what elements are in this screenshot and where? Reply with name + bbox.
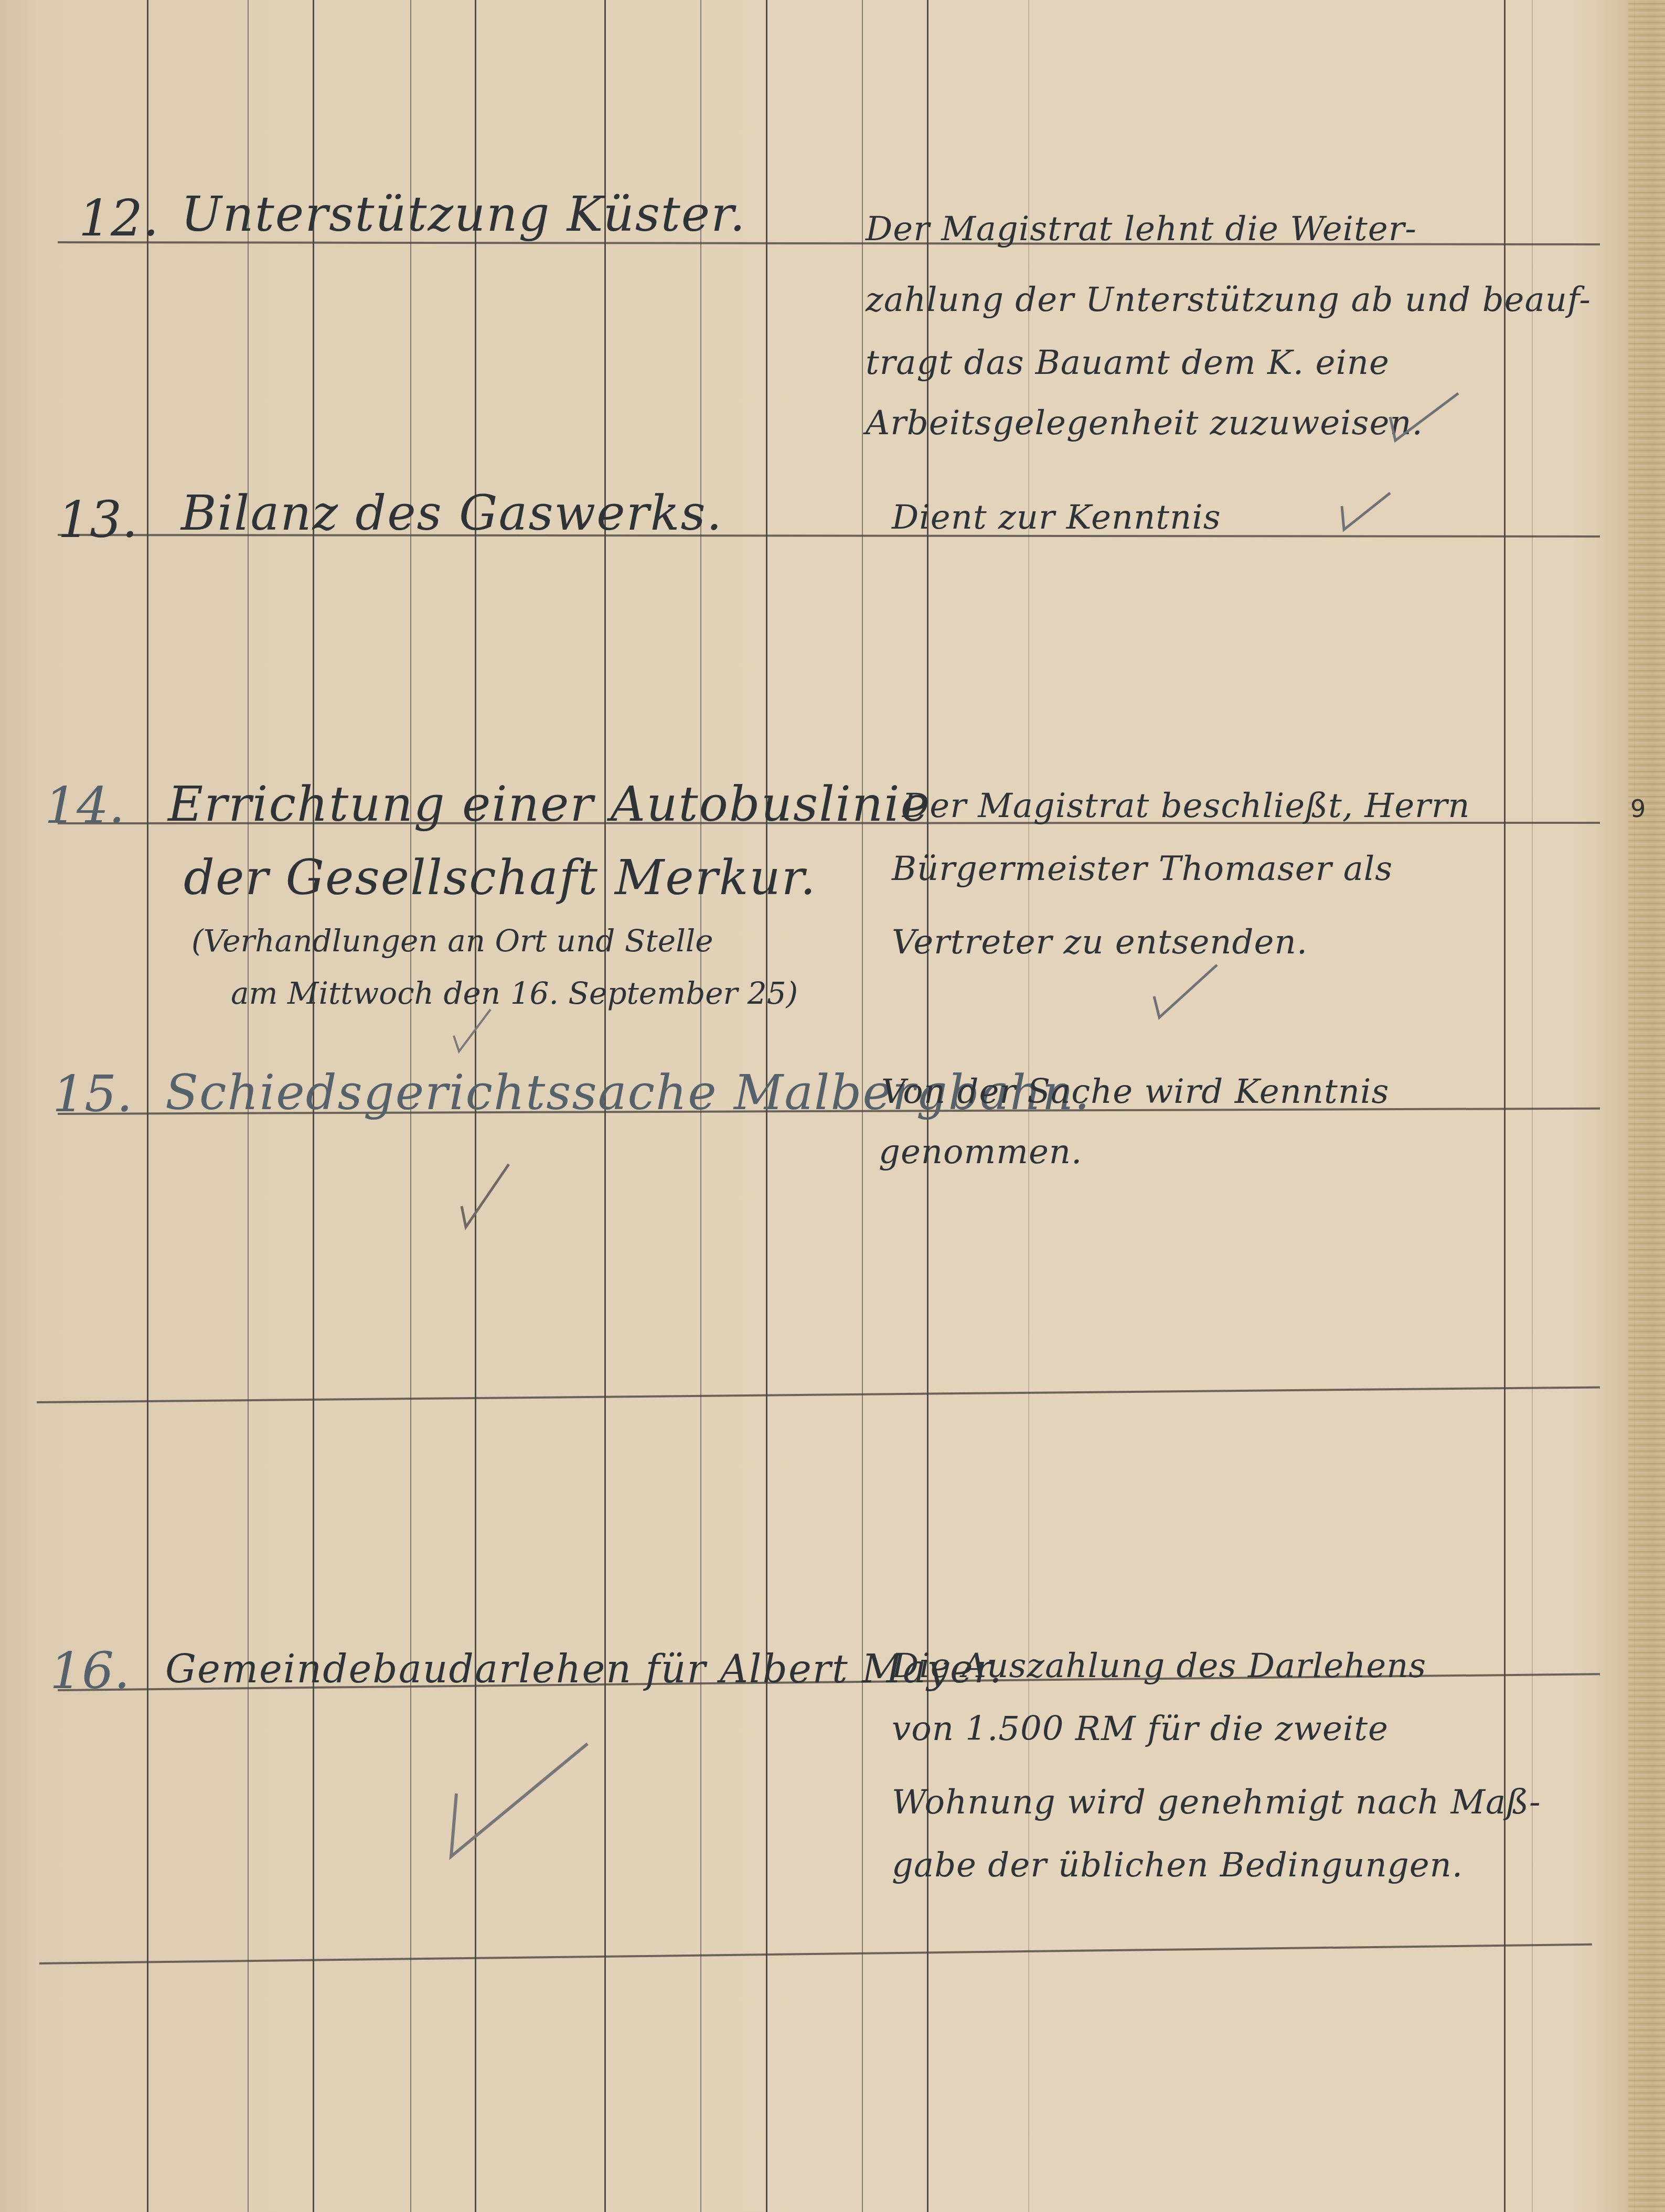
page-number: 9 — [1630, 794, 1646, 823]
checkmark-icon — [1385, 388, 1464, 446]
decision-line: Der Magistrat lehnt die Weiter- — [866, 210, 1417, 249]
decision-line: Von der Sache wird Kenntnis — [881, 1072, 1389, 1111]
row-rule — [39, 1943, 1592, 1964]
decision-line: Die Auszahlung des Darlehens — [892, 1647, 1426, 1685]
decision-line: Der Magistrat beschließt, Herrn — [902, 787, 1470, 825]
entry-subject: Bilanz des Gaswerks. — [181, 485, 723, 541]
entry-subject-line2: der Gesellschaft Merkur. — [184, 850, 817, 906]
book-gutter — [1628, 0, 1665, 2212]
decision-line: Arbeitsgelegenheit zuzuweisen. — [866, 404, 1423, 443]
entry-subject: Unterstützung Küster. — [181, 186, 746, 242]
checkmark-icon — [1338, 488, 1395, 535]
column-rule — [1532, 0, 1533, 2212]
entry-note-line: (Verhandlungen an Ort und Stelle — [191, 923, 713, 959]
checkmark-icon — [456, 1159, 514, 1232]
entry-number: 13. — [58, 490, 138, 549]
checkmark-icon — [451, 1007, 493, 1054]
checkmark-icon — [446, 1736, 593, 1872]
column-rule — [147, 0, 148, 2212]
column-rule — [1504, 0, 1506, 2212]
checkmark-icon — [1149, 960, 1222, 1023]
decision-line: tragt das Bauamt dem K. eine — [866, 343, 1390, 382]
decision-line: Bürgermeister Thomaser als — [892, 850, 1393, 888]
row-rule — [37, 1386, 1600, 1403]
decision-line: Dient zur Kenntnis — [892, 498, 1221, 537]
entry-number: 14. — [45, 776, 125, 835]
entry-number: 15. — [52, 1065, 133, 1123]
decision-line: Wohnung wird genehmigt nach Maß- — [892, 1783, 1541, 1822]
entry-number: 16. — [50, 1641, 130, 1700]
entry-subject: Gemeindebaudarlehen für Albert Mayer. — [165, 1647, 1003, 1692]
entry-number: 12. — [79, 189, 159, 248]
entry-note-line: am Mittwoch den 16. September 25) — [231, 975, 798, 1011]
register-page: 12. Unterstützung Küster. Der Magistrat … — [0, 0, 1665, 2212]
decision-line: genommen. — [879, 1133, 1082, 1172]
decision-line: von 1.500 RM für die zweite — [892, 1710, 1389, 1748]
entry-subject: Errichtung einer Autobuslinie — [168, 776, 930, 832]
decision-line: Vertreter zu entsenden. — [892, 923, 1308, 962]
decision-line: gabe der üblichen Bedingungen. — [892, 1846, 1463, 1885]
decision-line: zahlung der Unterstützung ab und beauf- — [866, 281, 1591, 319]
